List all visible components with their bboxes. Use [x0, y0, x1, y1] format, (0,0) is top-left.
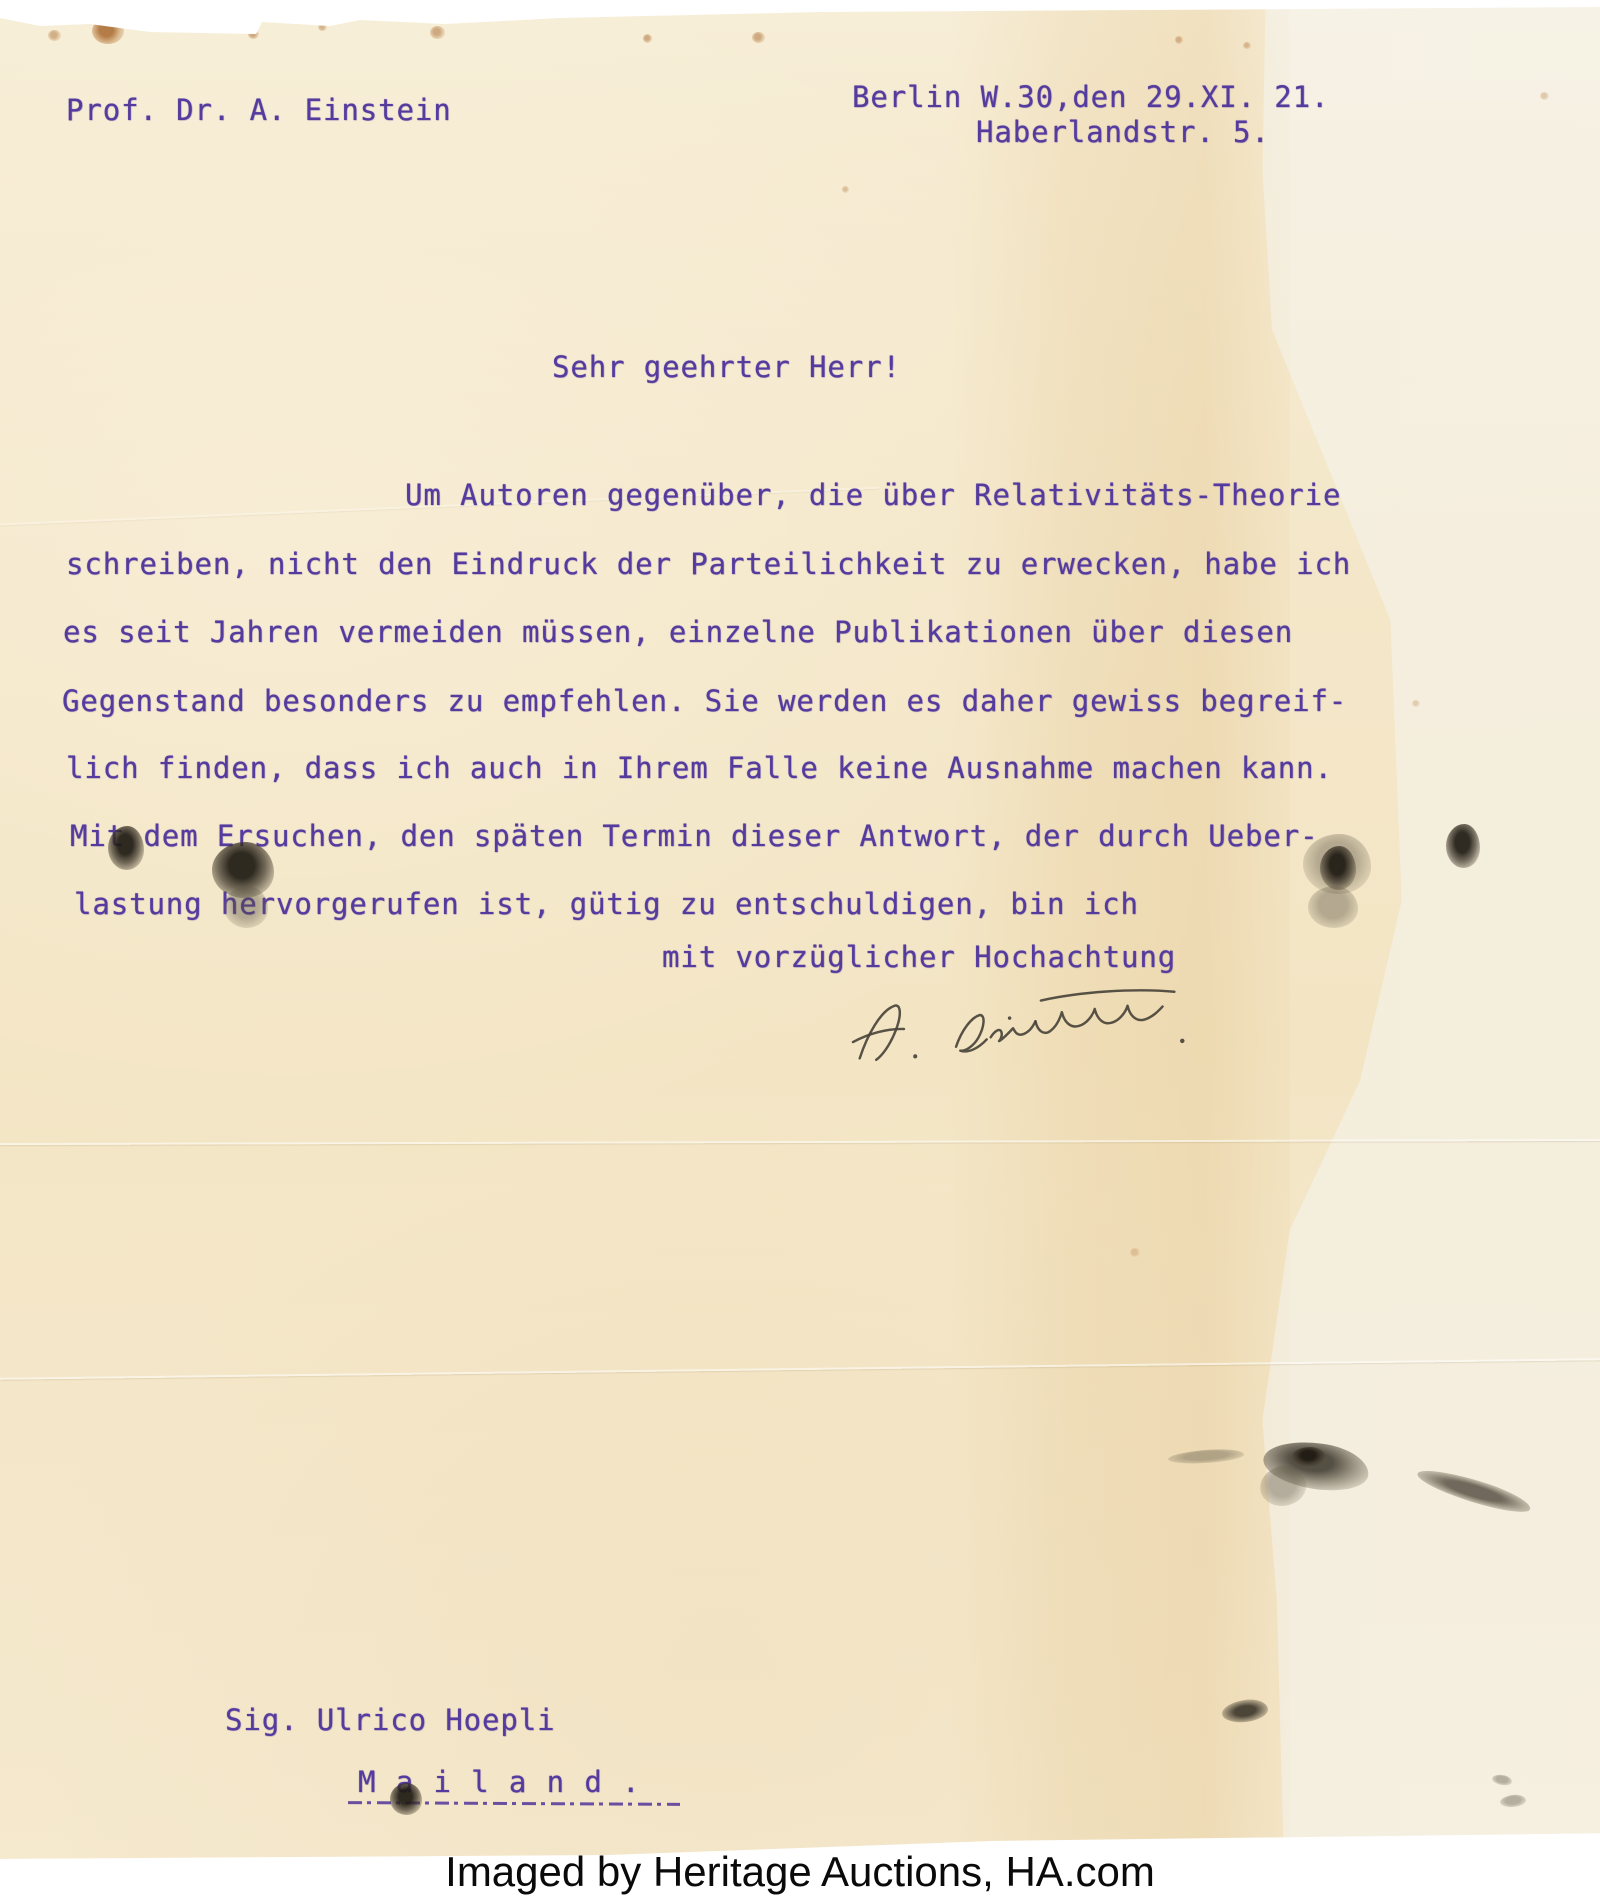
foxing-spot [1412, 700, 1420, 707]
letterhead-place-date: Berlin W.30,den 29.XI. 21. [852, 80, 1329, 114]
foxing-spot [752, 32, 765, 43]
ink-blot [390, 1783, 422, 1815]
ink-blot [108, 826, 144, 870]
foxing-spot [1130, 1248, 1140, 1257]
credit-caption: Imaged by Heritage Auctions, HA.com [0, 1848, 1600, 1896]
foxing-spot [1243, 42, 1251, 49]
salutation: Sehr geehrter Herr! [552, 350, 901, 384]
body-line: Gegenstand besonders zu empfehlen. Sie w… [62, 684, 1347, 718]
foxing-spot [1175, 36, 1183, 44]
ink-smear [224, 886, 268, 928]
foxing-spot [1540, 92, 1549, 100]
body-line: lich finden, dass ich auch in Ihrem Fall… [66, 751, 1333, 785]
foxing-spot [48, 30, 61, 41]
body-line: schreiben, nicht den Eindruck der Partei… [66, 547, 1351, 581]
foxing-spot [643, 34, 652, 43]
recipient-name: Sig. Ulrico Hoepli [225, 1703, 555, 1737]
ink-blot [1446, 824, 1480, 868]
body-line: es seit Jahren vermeiden müssen, einzeln… [63, 615, 1293, 649]
letterhead-street: Haberlandstr. 5. [976, 115, 1270, 149]
ink-blot [1292, 1447, 1326, 1467]
ink-smear [1308, 886, 1358, 928]
letterhead-sender: Prof. Dr. A. Einstein [66, 93, 452, 127]
foxing-spot [842, 186, 849, 193]
ink-blot [1320, 846, 1356, 890]
body-line: Um Autoren gegenüber, die über Relativit… [405, 478, 1341, 512]
handwritten-signature [827, 980, 1190, 1083]
closing: mit vorzüglicher Hochachtung [662, 940, 1176, 974]
foxing-spot [430, 26, 445, 39]
